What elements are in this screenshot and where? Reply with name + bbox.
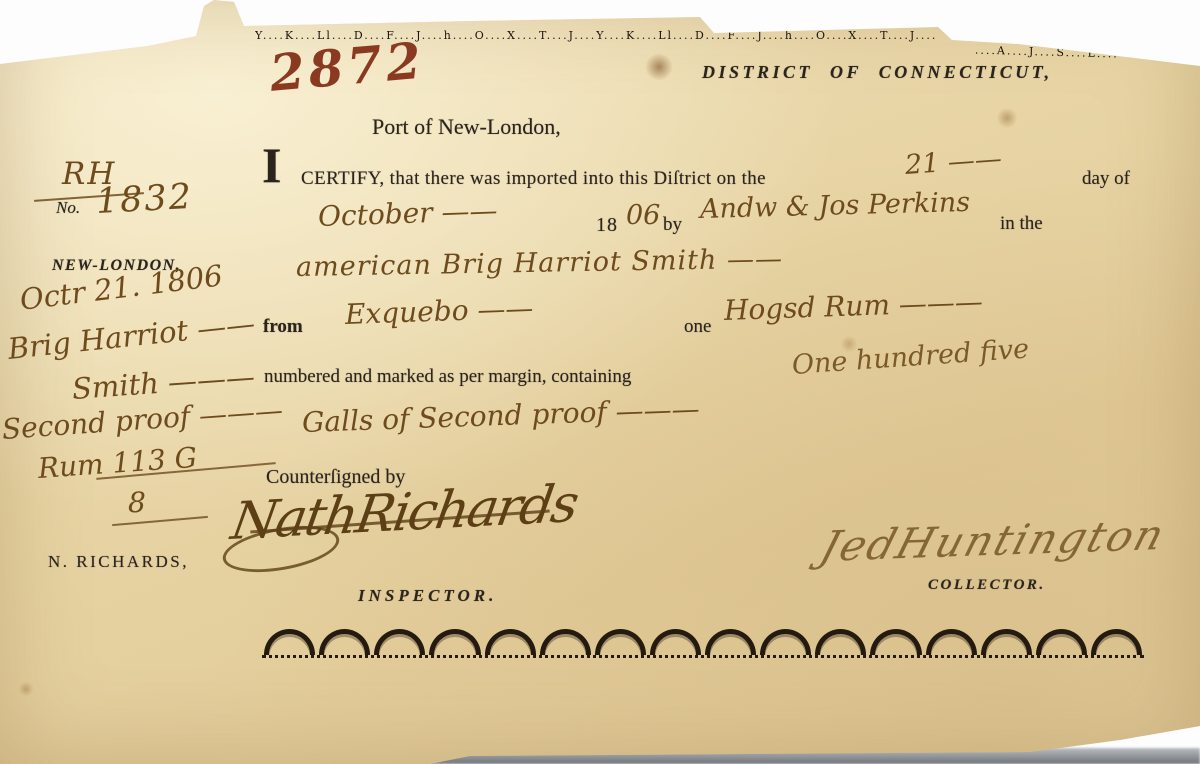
scallop-ornament xyxy=(374,629,425,655)
margin-rum-gauge-line: Rum 113 G xyxy=(37,441,198,485)
margin-no-label: No. xyxy=(56,198,80,218)
dropcap-initial: I xyxy=(262,140,281,190)
by-label: by xyxy=(663,214,682,236)
scallop-ornament xyxy=(650,629,701,655)
scallop-ornament xyxy=(264,629,315,655)
document-number-stamp: 2872 xyxy=(267,31,427,103)
one-label: one xyxy=(684,316,711,338)
scallop-ornament xyxy=(540,629,591,655)
scallop-ornament xyxy=(870,629,921,655)
top-border-ornament-right: ....A....J....S....L.... xyxy=(975,44,1151,62)
bottom-scallop-border xyxy=(262,624,1144,658)
handwritten-cask: Hogsd Rum ——— xyxy=(723,285,983,327)
collector-signature: JedHuntington xyxy=(815,510,1172,571)
certify-line: CERTIFY, that there was imported into th… xyxy=(301,168,766,190)
handwritten-importer: Andw & Jos Perkins xyxy=(700,187,971,225)
certificate-paper: Y....K....Ll....D....F....J....h....O...… xyxy=(0,0,1200,764)
from-label: from xyxy=(263,316,303,338)
handwritten-month: October —— xyxy=(317,194,498,233)
printed-year-prefix: 18 xyxy=(596,214,618,237)
inspector-title: INSPECTOR. xyxy=(358,586,497,606)
scanned-document-page: Y....K....Ll....D....F....J....h....O...… xyxy=(0,0,1200,764)
scallop-ornament xyxy=(981,629,1032,655)
handwritten-vessel: american Brig Harriot Smith —— xyxy=(296,244,783,283)
day-of-label: day of xyxy=(1082,168,1130,190)
handwritten-origin-port: Exquebo —— xyxy=(344,291,533,331)
margin-vessel-line1: Brig Harriot —— xyxy=(6,306,256,366)
collector-title: COLLECTOR. xyxy=(928,577,1046,594)
handwritten-quantity: One hundred five xyxy=(791,333,1030,380)
margin-inspector-name: N. RICHARDS, xyxy=(48,552,189,572)
scallop-ornament xyxy=(760,629,811,655)
scallop-ornament xyxy=(926,629,977,655)
margin-proof-line: Second proof ——— xyxy=(1,393,284,446)
handwritten-year: 06 xyxy=(626,200,660,231)
port-heading: Port of New-London, xyxy=(372,114,561,140)
numbered-marked-line: numbered and marked as per margin, conta… xyxy=(264,366,631,388)
scallop-ornament xyxy=(429,629,480,655)
scallop-ornament xyxy=(595,629,646,655)
handwritten-quantity-proof: Galls of Second proof ——— xyxy=(301,392,700,439)
scallop-ornament xyxy=(815,629,866,655)
scallop-ornament xyxy=(705,629,756,655)
ink-stain xyxy=(996,108,1018,128)
district-heading: DISTRICT OF CONNECTICUT, xyxy=(702,62,1053,83)
margin-figure-underline xyxy=(112,516,208,526)
handwritten-day: 21 —— xyxy=(904,143,1003,181)
scallop-ornament xyxy=(1091,629,1142,655)
ink-stain xyxy=(644,54,674,80)
scallop-ornament xyxy=(1036,629,1087,655)
ink-stain xyxy=(18,682,34,696)
scallop-ornament xyxy=(485,629,536,655)
in-the-label: in the xyxy=(1000,213,1043,235)
margin-figure-eight: 8 xyxy=(128,486,146,519)
scallop-ornament xyxy=(319,629,370,655)
margin-entry-number: 1832 xyxy=(95,177,194,222)
